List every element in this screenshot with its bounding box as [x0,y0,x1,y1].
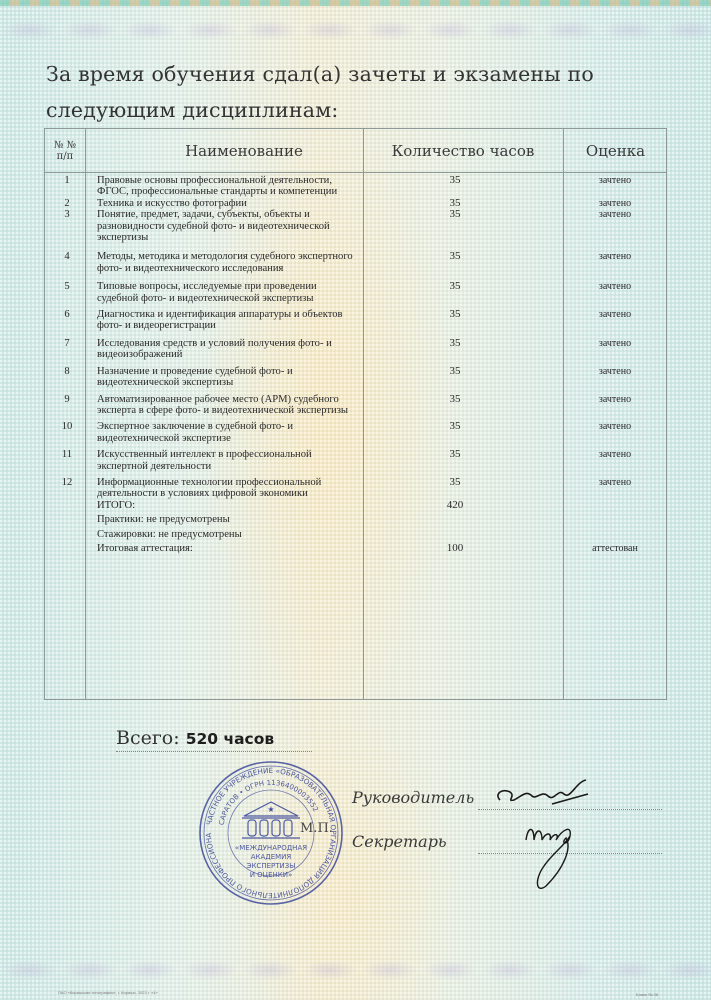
total-label: Всего: [116,727,180,749]
summary-row: Практики: не предусмотрены [45,514,666,525]
row-hours: 35 [440,366,470,377]
total-value: 520 часов [186,730,275,748]
row-name: Техника и искусство фотографии [97,198,359,209]
seal-center-line: И ОЦЕНКИ» [250,871,293,879]
star-icon: ★ [267,805,274,814]
row-hours: 35 [440,251,470,262]
row-grade: зачтено [575,198,655,209]
row-name: Типовые вопросы, исследуемые при проведе… [97,281,359,304]
header-grade: Оценка [563,129,668,172]
header-hours: Количество часов [363,129,563,172]
table-row: 735зачтеноИсследования средств и условий… [45,338,666,361]
printer-info: ПАО «Киришская типография», г. Кириши, 2… [58,990,158,995]
seal-center-line: АКАДЕМИЯ [251,853,292,861]
table-body: 135зачтеноПравовые основы профессиональн… [45,173,666,554]
row-name: Диагностика и идентификация аппаратуры и… [97,309,359,332]
official-seal: ЧАСТНОЕ УЧРЕЖДЕНИЕ «ОБРАЗОВАТЕЛЬНАЯ ОРГА… [196,758,346,908]
table-row: 1235зачтеноИнформационные технологии про… [45,477,666,500]
summary-row: 420ИТОГО: [45,500,666,511]
header-num: № № п/п [45,129,85,172]
row-hours: 35 [440,449,470,460]
secretary-signature-line: Секретарь [352,832,662,858]
table-row: 135зачтеноПравовые основы профессиональн… [45,175,666,198]
row-number: 11 [45,449,89,460]
row-number: 2 [45,198,89,209]
summary-hours: 420 [440,500,470,511]
summary-label: ИТОГО: [97,500,359,511]
summary-row: 100аттестованИтоговая аттестация: [45,543,666,554]
row-number: 4 [45,251,89,262]
row-hours: 35 [440,209,470,220]
header-name: Наименование [85,129,403,172]
summary-hours: 100 [440,543,470,554]
director-signature [492,776,592,812]
row-grade: зачтено [575,366,655,377]
disciplines-table: № № п/п Наименование Количество часов Оц… [44,128,667,700]
row-hours: 35 [440,281,470,292]
row-name: Автоматизированное рабочее место (АРМ) с… [97,394,359,417]
summary-label: Итоговая аттестация: [97,543,359,554]
table-row: 535зачтеноТиповые вопросы, исследуемые п… [45,281,666,304]
row-name: Информационные технологии профессиональн… [97,477,359,500]
row-hours: 35 [440,309,470,320]
summary-label: Стажировки: не предусмотрены [97,529,359,540]
top-guilloche-pattern [0,10,711,50]
table-row: 935зачтеноАвтоматизированное рабочее мес… [45,394,666,417]
row-number: 7 [45,338,89,349]
table-row: 235зачтеноТехника и искусство фотографии [45,198,666,209]
mp-label: М.П. [300,821,333,836]
row-grade: зачтено [575,421,655,432]
row-number: 10 [45,421,89,432]
row-grade: зачтено [575,175,655,186]
table-row: 835зачтеноНазначение и проведение судебн… [45,366,666,389]
row-hours: 35 [440,175,470,186]
bottom-guilloche-pattern [0,950,711,990]
summary-label: Практики: не предусмотрены [97,514,359,525]
row-number: 6 [45,309,89,320]
secretary-signature [520,818,590,898]
row-number: 1 [45,175,89,186]
table-row: 635зачтеноДиагностика и идентификация ап… [45,309,666,332]
row-number: 5 [45,281,89,292]
row-hours: 35 [440,338,470,349]
director-signature-line: Руководитель [352,788,662,814]
table-row: 1135зачтеноИскусственный интеллект в про… [45,449,666,472]
row-name: Понятие, предмет, задачи, субъекты, объе… [97,209,359,243]
secretary-label: Секретарь [352,832,447,851]
row-hours: 35 [440,394,470,405]
document-heading: За время обучения сдал(а) зачеты и экзам… [46,56,676,128]
table-row: 435зачтеноМетоды, методика и методология… [45,251,666,274]
row-number: 9 [45,394,89,405]
row-number: 12 [45,477,89,488]
total-hours: Всего: 520 часов [116,727,312,752]
row-grade: зачтено [575,449,655,460]
row-grade: зачтено [575,281,655,292]
table-row: 1035зачтеноЭкспертное заключение в судеб… [45,421,666,444]
summary-row: Стажировки: не предусмотрены [45,529,666,540]
row-number: 3 [45,209,89,220]
row-name: Правовые основы профессиональной деятель… [97,175,359,198]
seal-center-line: «МЕЖДУНАРОДНАЯ [235,844,307,852]
row-grade: зачтено [575,477,655,488]
row-name: Методы, методика и методология судебного… [97,251,359,274]
row-name: Экспертное заключение в судебной фото- и… [97,421,359,444]
row-grade: зачтено [575,251,655,262]
row-number: 8 [45,366,89,377]
row-grade: зачтено [575,394,655,405]
row-name: Искусственный интеллект в профессиональн… [97,449,359,472]
row-hours: 35 [440,421,470,432]
seal-center-line: ЭКСПЕРТИЗЫ [247,862,296,870]
form-number: Бланк № 08 [636,992,658,997]
row-hours: 35 [440,477,470,488]
row-name: Исследования средств и условий получения… [97,338,359,361]
table-row: 335зачтеноПонятие, предмет, задачи, субъ… [45,209,666,243]
row-name: Назначение и проведение судебной фото- и… [97,366,359,389]
director-label: Руководитель [352,788,474,807]
row-grade: зачтено [575,309,655,320]
summary-grade: аттестован [575,543,655,554]
top-border-ornament [0,0,711,6]
row-grade: зачтено [575,338,655,349]
row-grade: зачтено [575,209,655,220]
